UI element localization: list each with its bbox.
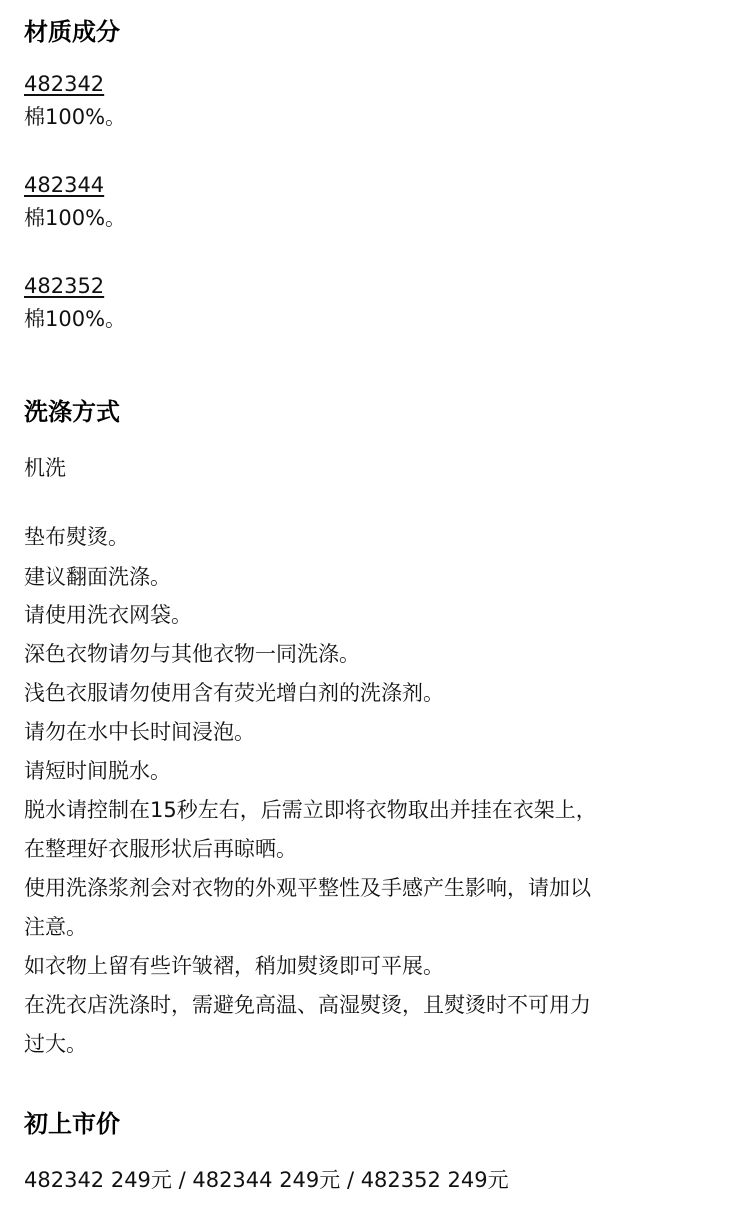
washing-instruction: 使用洗涤浆剂会对衣物的外观平整性及手感产生影响，请加以: [24, 874, 591, 902]
product-code-link-482342[interactable]: 482342: [24, 70, 104, 98]
washing-instruction: 请使用洗衣网袋。: [24, 601, 192, 629]
washing-instruction: 深色衣物请勿与其他衣物一同洗涤。: [24, 640, 360, 668]
washing-instruction: 垫布熨烫。: [24, 523, 129, 551]
washing-method: 机洗: [24, 454, 66, 482]
washing-instruction: 注意。: [24, 913, 87, 941]
product-code-link-482352[interactable]: 482352: [24, 272, 104, 300]
washing-instruction: 建议翻面洗涤。: [24, 563, 171, 591]
washing-instruction: 在洗衣店洗涤时，需避免高温、高湿熨烫，且熨烫时不可用力: [24, 991, 591, 1019]
washing-instruction: 在整理好衣服形状后再晾晒。: [24, 835, 297, 863]
product-code[interactable]: 482344: [24, 173, 104, 197]
washing-heading: 洗涤方式: [24, 397, 120, 427]
material-composition: 棉100%。: [24, 305, 126, 333]
product-code[interactable]: 482342: [24, 72, 104, 96]
washing-instruction: 脱水请控制在15秒左右，后需立即将衣物取出并挂在衣架上，: [24, 796, 597, 824]
washing-instruction: 如衣物上留有些许皱褶，稍加熨烫即可平展。: [24, 952, 444, 980]
product-code-link-482344[interactable]: 482344: [24, 171, 104, 199]
price-list: 482342 249元 / 482344 249元 / 482352 249元: [24, 1166, 509, 1194]
product-code[interactable]: 482352: [24, 274, 104, 298]
washing-instruction: 过大。: [24, 1030, 87, 1058]
material-composition: 棉100%。: [24, 103, 126, 131]
materials-heading: 材质成分: [24, 17, 120, 47]
washing-instruction: 浅色衣服请勿使用含有荧光增白剂的洗涤剂。: [24, 679, 444, 707]
material-composition: 棉100%。: [24, 204, 126, 232]
washing-instruction: 请勿在水中长时间浸泡。: [24, 718, 255, 746]
price-heading: 初上市价: [24, 1109, 120, 1139]
washing-instruction: 请短时间脱水。: [24, 757, 171, 785]
